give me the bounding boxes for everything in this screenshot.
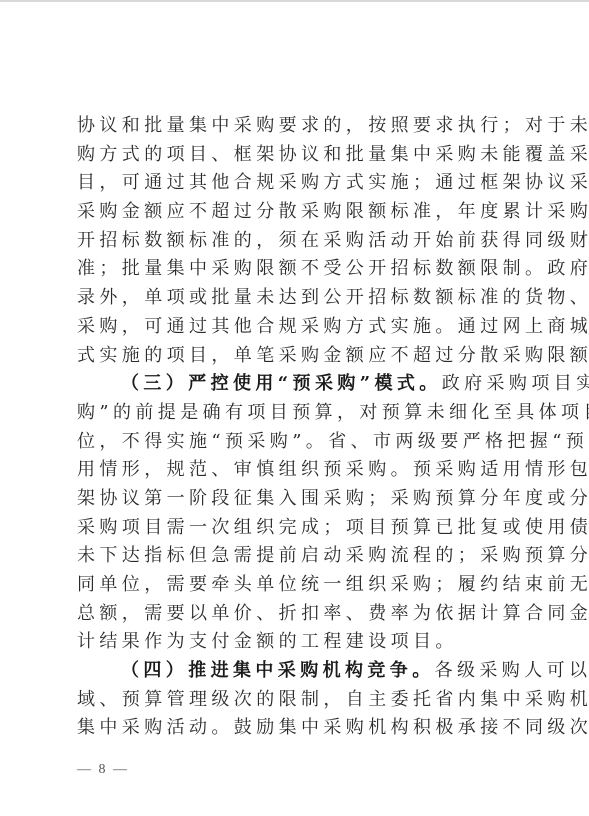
text-line: 采购项目需一次组织完成；项目预算已批复或使用债券资金，尚 [77,514,525,543]
text-line: 准；批量集中采购限额不受公开招标数额限制。政府集中采购目 [77,255,525,284]
text-line: 计结果作为支付金额的工程建设项目。 [77,628,525,657]
text-line: 采购，可通过其他合规采购方式实施。通过网上商城超市采购模 [77,313,525,342]
text-line: 架协议第一阶段征集入围采购；采购预算分年度或分次下达，但 [77,485,525,514]
text-line: 域、预算管理级次的限制，自主委托省内集中采购机构组织开展 [77,686,525,715]
section-heading-line-3: （三）严控使用“预采购”模式。政府采购项目实施“预采 [77,370,525,399]
text-line: 协议和批量集中采购要求的，按照要求执行；对于未注明适用采 [77,112,525,141]
text-line: 位，不得实施“预采购”。省、市两级要严格把握“预采购”适 [77,428,525,457]
text-line: 同单位，需要牵头单位统一组织采购；履约结束前无法确定合同 [77,571,525,600]
text-line: 购方式的项目、框架协议和批量集中采购未能覆盖采购需求的项 [77,141,525,170]
text-line: 总额，需要以单价、折扣率、费率为依据计算合同金额；依据审 [77,600,525,629]
text-line: 式实施的项目，单笔采购金额应不超过分散采购限额标准。 [77,342,525,371]
text-line: 未下达指标但急需提前启动采购流程的；采购预算分别下达至不 [77,542,525,571]
text-line: 录外，单项或批量未达到公开招标数额标准的货物、服务、工程 [77,284,525,313]
section-heading-line-4: （四）推进集中采购机构竞争。各级采购人可以不受行政区 [77,657,525,686]
text-line: 目，可通过其他合规采购方式实施；通过框架协议采购的，单笔 [77,169,525,198]
page-number: — 8 — [77,762,129,778]
text-line: 购”的前提是确有项目预算，对预算未细化至具体项目的部门单 [77,399,525,428]
section-heading-3: （三）严控使用“预采购”模式。 [121,373,442,394]
text-line: 采购金额应不超过分散采购限额标准，年度累计采购金额超过公 [77,198,525,227]
page-top-border [0,0,589,2]
text-line: 开招标数额标准的，须在采购活动开始前获得同级财政部门批 [77,227,525,256]
text-line: 用情形，规范、审慎组织预采购。预采购适用情形包括：组织框 [77,456,525,485]
text-line: 集中采购活动。鼓励集中采购机构积极承接不同级次、不同地区 [77,714,525,743]
section-heading-4: （四）推进集中采购机构竞争。 [121,660,435,681]
section-text: 各级采购人可以不受行政区 [435,660,589,681]
document-body: 协议和批量集中采购要求的，按照要求执行；对于未注明适用采 购方式的项目、框架协议… [77,112,525,743]
section-text: 政府采购项目实施“预采 [442,373,589,394]
